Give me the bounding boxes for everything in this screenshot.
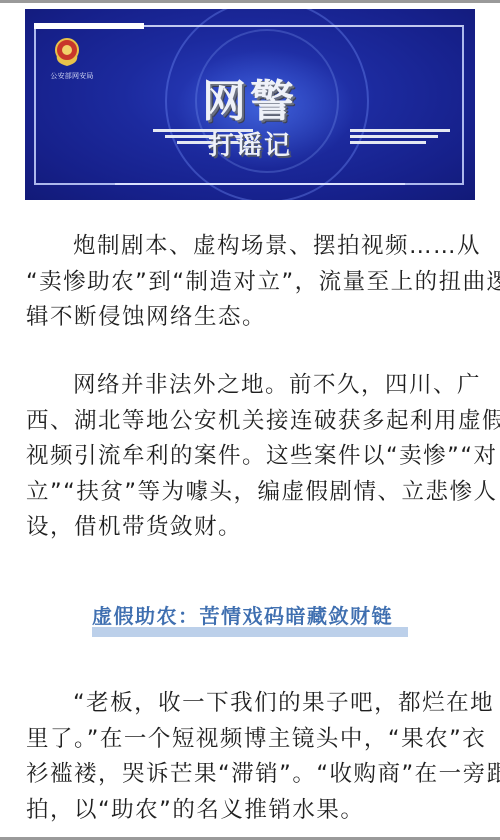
paragraph-line: 里了。”在一个短视频博主镜头中，“果农”衣 (26, 722, 476, 758)
paragraph-line: 设，借机带货敛财。 (26, 510, 476, 546)
banner-subtitle: 打谣记 (25, 125, 475, 162)
paragraph-line: 辑不断侵蚀网络生态。 (26, 300, 476, 336)
banner-title: 网警 (25, 65, 475, 129)
top-divider (0, 0, 500, 3)
paragraph-line: 视频引流牟利的案件。这些案件以“卖惨”“对 (26, 439, 476, 475)
paragraph-line: 拍，以“助农”的名义推销水果。 (26, 793, 476, 829)
banner-circuit-line (115, 183, 405, 185)
paragraph-line: 炮制剧本、虚构场景、摆拍视频……从 (26, 229, 476, 265)
section-heading-text: 虚假助农：苦情戏码暗藏敛财链 (92, 600, 412, 629)
paragraph-line: 立”“扶贫”等为噱头，编虚假剧情、立悲惨人 (26, 475, 476, 511)
paragraph-cases: 网络并非法外之地。前不久，四川、广 西、湖北等地公安机关接连破获多起利用虚假 视… (26, 368, 476, 546)
header-banner-image: 公安部网安局 网警 打谣记 (25, 9, 475, 200)
paragraph-line: 网络并非法外之地。前不久，四川、广 (26, 368, 476, 404)
paragraph-line: “卖惨助农”到“制造对立”，流量至上的扭曲逻 (26, 265, 476, 301)
paragraph-line: 西、湖北等地公安机关接连破获多起利用虚假 (26, 404, 476, 440)
paragraph-line: 衫褴褛，哭诉芒果“滞销”。“收购商”在一旁跟 (26, 757, 476, 793)
paragraph-example: “老板，收一下我们的果子吧，都烂在地 里了。”在一个短视频博主镜头中，“果农”衣… (26, 686, 476, 828)
paragraph-line: “老板，收一下我们的果子吧，都烂在地 (26, 686, 476, 722)
banner-topbar (34, 23, 144, 29)
section-heading: 虚假助农：苦情戏码暗藏敛财链 (92, 600, 412, 636)
paragraph-intro: 炮制剧本、虚构场景、摆拍视频……从 “卖惨助农”到“制造对立”，流量至上的扭曲逻… (26, 229, 476, 336)
police-emblem-icon (53, 37, 81, 67)
